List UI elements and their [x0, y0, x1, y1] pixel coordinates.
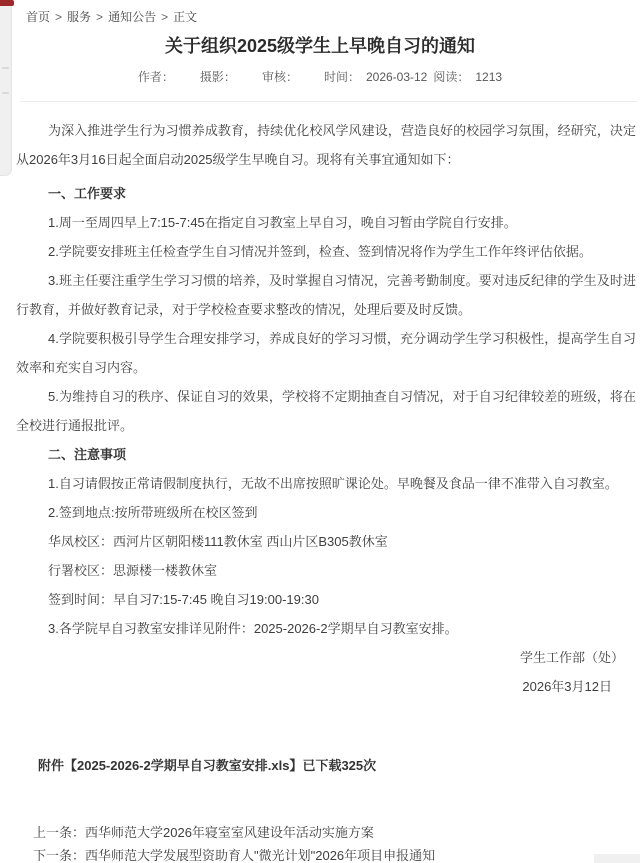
side-float-widget[interactable]	[0, 0, 14, 176]
note-item-1: 1.自习请假按正常请假制度执行，无故不出席按照旷课论处。早晚餐及食品一律不准带入…	[16, 469, 636, 498]
side-widget-panel[interactable]	[0, 6, 12, 176]
notice-intro-paragraph: 为深入推进学生行为习惯养成教育，持续优化校风学风建设，营造良好的校园学习氛围，经…	[16, 116, 636, 174]
meta-time-value: 2026-03-12	[366, 70, 427, 84]
meta-read-label: 阅读：	[433, 70, 469, 84]
attachment-row: 附件【2025-2026-2学期早自习教室安排.xls】已下载325次	[0, 757, 640, 775]
notice-page: 首页>服务>通知公告>正文 关于组织2025级学生上早晚自习的通知 作者：摄影：…	[0, 0, 640, 863]
requirement-item-2: 2.学院要安排班主任检查学生自习情况并签到，检查、签到情况将作为学生工作年终评估…	[16, 237, 636, 266]
requirement-item-1: 1.周一至周四早上7:15-7:45在指定自习教室上早自习，晚自习暂由学院自行安…	[16, 208, 636, 237]
signature-date: 2026年3月12日	[16, 672, 636, 701]
breadcrumb-separator: >	[161, 10, 168, 24]
note-item-2: 2.签到地点:按所带班级所在校区签到	[16, 498, 636, 527]
prev-article-link[interactable]: 西华师范大学2026年寝室室风建设年活动实施方案	[85, 825, 374, 840]
note-item-3: 3.各学院早自习教室安排详见附件：2025-2026-2学期早自习教室安排。	[16, 614, 636, 643]
attachment-file-link[interactable]: 【2025-2026-2学期早自习教室安排.xls】	[64, 758, 302, 773]
prev-article-label: 上一条：	[33, 825, 85, 840]
article-meta: 作者：摄影：审核：时间：2026-03-12阅读：1213	[0, 70, 640, 85]
campus-xingshu-line: 行署校区：思源楼一楼教休室	[16, 556, 636, 585]
breadcrumb-home-link[interactable]: 首页	[26, 10, 50, 24]
signin-time-line: 签到时间：早自习7:15-7:45 晚自习19:00-19:30	[16, 585, 636, 614]
requirement-item-4: 4.学院要积极引导学生合理安排学习，养成良好的学习习惯，充分调动学生学习积极性，…	[16, 324, 636, 382]
section-heading-1: 一、工作要求	[16, 179, 636, 208]
side-widget-dash-icon	[2, 67, 9, 69]
prev-article-row: 上一条：西华师范大学2026年寝室室风建设年活动实施方案	[33, 821, 640, 844]
section-heading-2: 二、注意事项	[16, 440, 636, 469]
next-article-label: 下一条：	[33, 848, 85, 863]
attachment-label: 附件	[38, 758, 64, 773]
requirement-item-3: 3.班主任要注重学生学习习惯的培养，及时掌握自习情况，完善考勤制度。要对违反纪律…	[16, 266, 636, 324]
breadcrumb-notices-link[interactable]: 通知公告	[108, 10, 156, 24]
requirement-item-5: 5.为维持自习的秩序、保证自习的效果，学校将不定期抽查自习情况，对于自习纪律较差…	[16, 382, 636, 440]
attachment-download-count: 已下载325次	[302, 758, 376, 773]
breadcrumb-separator: >	[55, 10, 62, 24]
breadcrumb-service-link[interactable]: 服务	[67, 10, 91, 24]
next-article-row: 下一条：西华师范大学发展型资助育人"微光计划"2026年项目申报通知	[33, 844, 640, 863]
article-body: 为深入推进学生行为习惯养成教育，持续优化校风学风建设，营造良好的校园学习氛围，经…	[0, 102, 640, 701]
meta-time-label: 时间：	[324, 70, 360, 84]
meta-review-label: 审核：	[262, 70, 298, 84]
breadcrumb: 首页>服务>通知公告>正文	[26, 0, 640, 24]
prev-next-nav: 上一条：西华师范大学2026年寝室室风建设年活动实施方案 下一条：西华师范大学发…	[0, 821, 640, 863]
signature-block: 学生工作部（处） 2026年3月12日	[16, 643, 636, 701]
meta-author-label: 作者：	[138, 70, 174, 84]
signature-department: 学生工作部（处）	[16, 643, 636, 672]
side-widget-dash-icon	[2, 92, 9, 94]
campus-huafeng-line: 华凤校区：西河片区朝阳楼111教休室 西山片区B305教休室	[16, 527, 636, 556]
corner-watermark-artifact	[594, 854, 640, 863]
next-article-link[interactable]: 西华师范大学发展型资助育人"微光计划"2026年项目申报通知	[85, 848, 435, 863]
page-title: 关于组织2025级学生上早晚自习的通知	[0, 35, 640, 57]
breadcrumb-current: 正文	[173, 10, 197, 24]
breadcrumb-separator: >	[96, 10, 103, 24]
meta-photo-label: 摄影：	[200, 70, 236, 84]
meta-read-count: 1213	[475, 70, 502, 84]
